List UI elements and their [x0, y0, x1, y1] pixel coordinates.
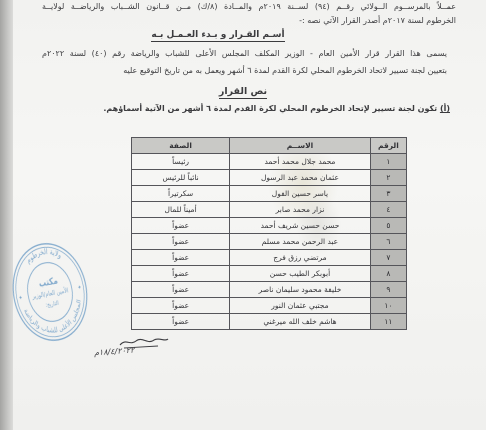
cell-role: رئيساً [132, 154, 230, 170]
stamp-center-line2: الأمين العام/الوزير [31, 286, 70, 301]
heading-name-text: أسـم القـرار و بـدء العـمـل بـه [151, 30, 284, 42]
clause-a: (أ) تكون لجنة تسيير لإتحاد الخرطوم المحل… [103, 104, 450, 114]
cell-number: ٨ [370, 266, 406, 282]
committee-table-header: الرقم الاســم الصفة [132, 138, 407, 154]
cell-number: ١٠ [370, 298, 406, 314]
cell-role: أميناً للمال [132, 202, 230, 218]
cell-role: عضواً [132, 282, 230, 298]
decision-body-line-1: يسمى هذا القرار قرار الأمين العام - الوز… [42, 49, 447, 59]
cell-number: ٣ [370, 186, 406, 202]
cell-name: حسن حسين شريف أحمد [230, 218, 371, 234]
cell-name: ياسر حسين الفول [230, 186, 371, 202]
stamp-center-line3: التاريخ: [45, 300, 59, 309]
cell-name: محمد جلال محمد أحمد [230, 154, 371, 170]
table-row: ٤ نزار محمد صابر أميناً للمال [132, 202, 407, 218]
handwritten-annotation: ١٨/٤/٢٠٢٢م [92, 336, 188, 366]
intro-line-2: الخرطوم لسنة ٢٠١٧م أصدر القرار الآتي نصه… [299, 16, 456, 26]
heading-decision-text: نص القرار [180, 86, 306, 98]
committee-table-body: ١ محمد جلال محمد أحمد رئيساً ٢ عثمان محم… [132, 154, 407, 330]
cell-name: أبوبكر الطيب حسن [230, 266, 371, 282]
table-row: ٥ حسن حسين شريف أحمد عضواً [132, 218, 407, 234]
stamp-center-line1: مكتب [38, 275, 59, 289]
cell-name: عثمان محمد عبد الرسول [230, 170, 371, 186]
table-row: ١١ هاشم خلف الله ميرغني عضواً [132, 314, 407, 330]
cell-name: مرتضي رزق فرج [230, 250, 371, 266]
cell-role: سكرتيراً [132, 186, 230, 202]
table-row: ٧ مرتضي رزق فرج عضواً [132, 250, 407, 266]
clause-a-marker: (أ) [440, 104, 450, 113]
decision-body-line-2: بتعيين لجنة تسيير لاتحاد الخرطوم المحلي … [123, 66, 447, 76]
column-header-number: الرقم [370, 138, 406, 154]
cell-number: ٤ [370, 202, 406, 218]
cell-name: عبد الرحمن محمد مسلم [230, 234, 371, 250]
cell-name: مجتبي عثمان النور [230, 298, 371, 314]
cell-role: عضواً [132, 266, 230, 282]
handwritten-date: ١٨/٤/٢٠٢٢م [94, 346, 135, 358]
cell-number: ٧ [370, 250, 406, 266]
table-row: ١ محمد جلال محمد أحمد رئيساً [132, 154, 407, 170]
cell-name: هاشم خلف الله ميرغني [230, 314, 371, 330]
cell-number: ٩ [370, 282, 406, 298]
cell-role: عضواً [132, 298, 230, 314]
intro-line-1: عمــلاً بالمرســوم الــولائي رقــم (٩٤) … [42, 2, 456, 12]
table-row: ١٠ مجتبي عثمان النور عضواً [132, 298, 407, 314]
office-round-stamp: ولاية الخرطوم المجلس الأعلى للشباب والري… [3, 234, 98, 350]
scanned-document-page: عمــلاً بالمرســوم الــولائي رقــم (٩٤) … [0, 0, 486, 430]
cell-role: عضواً [132, 314, 230, 330]
cell-role: عضواً [132, 234, 230, 250]
column-header-name: الاســم [230, 138, 371, 154]
table-row: ٦ عبد الرحمن محمد مسلم عضواً [132, 234, 407, 250]
table-row: ٢ عثمان محمد عبد الرسول نائباً للرئيس [132, 170, 407, 186]
committee-table: الرقم الاســم الصفة ١ محمد جلال محمد أحم… [131, 137, 407, 330]
stamp-star-right: ✦ [77, 285, 82, 292]
stamp-star-left: ✦ [18, 295, 23, 302]
cell-name: خليفة محمود سليمان ناصر [230, 282, 371, 298]
table-row: ٣ ياسر حسين الفول سكرتيراً [132, 186, 407, 202]
cell-number: ٢ [370, 170, 406, 186]
stamp-icon: ولاية الخرطوم المجلس الأعلى للشباب والري… [3, 234, 98, 350]
table-row: ٩ خليفة محمود سليمان ناصر عضواً [132, 282, 407, 298]
cell-number: ١١ [370, 314, 406, 330]
cell-role: نائباً للرئيس [132, 170, 230, 186]
heading-decision-text-label: نص القرار [219, 86, 267, 99]
cell-role: عضواً [132, 218, 230, 234]
cell-number: ٥ [370, 218, 406, 234]
cell-number: ١ [370, 154, 406, 170]
clause-a-text: تكون لجنة تسيير لإتحاد الخرطوم المحلي لك… [103, 104, 440, 113]
column-header-role: الصفة [132, 138, 230, 154]
heading-name-and-commencement: أسـم القـرار و بـدء العـمـل بـه [150, 30, 286, 41]
cell-name: نزار محمد صابر [230, 202, 371, 218]
cell-number: ٦ [370, 234, 406, 250]
scan-edge-strip [0, 0, 13, 430]
cell-role: عضواً [132, 250, 230, 266]
table-row: ٨ أبوبكر الطيب حسن عضواً [132, 266, 407, 282]
